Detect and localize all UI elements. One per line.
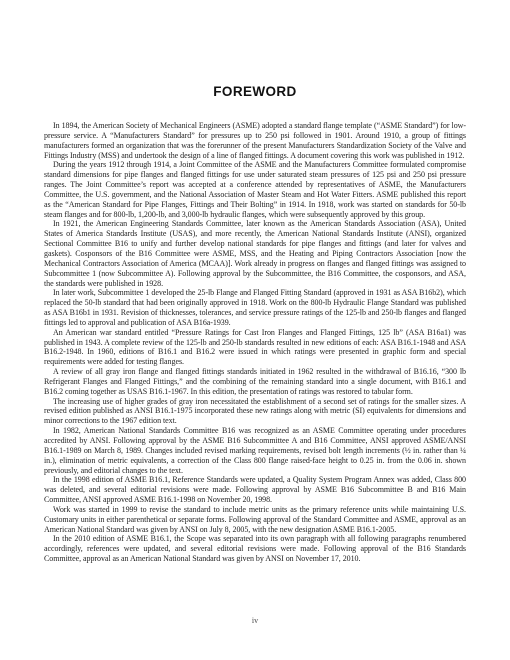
foreword-paragraph: In 1982, American National Standards Com… bbox=[44, 426, 466, 475]
page-number: iv bbox=[0, 616, 510, 625]
foreword-body: In 1894, the American Society of Mechani… bbox=[44, 121, 466, 564]
foreword-paragraph: In 1894, the American Society of Mechani… bbox=[44, 121, 466, 160]
foreword-paragraph: The increasing use of higher grades of g… bbox=[44, 397, 466, 427]
foreword-paragraph: In 1921, the American Engineering Standa… bbox=[44, 219, 466, 288]
foreword-paragraph: In later work, Subcommittee 1 developed … bbox=[44, 288, 466, 327]
page-title: FOREWORD bbox=[0, 84, 510, 99]
document-page: FOREWORD In 1894, the American Society o… bbox=[0, 0, 510, 660]
foreword-paragraph: In the 2010 edition of ASME B16.1, the S… bbox=[44, 534, 466, 564]
foreword-paragraph: Work was started in 1999 to revise the s… bbox=[44, 505, 466, 535]
foreword-paragraph: A review of all gray iron flange and fla… bbox=[44, 367, 466, 397]
foreword-paragraph: An American war standard entitled “Press… bbox=[44, 328, 466, 367]
foreword-paragraph: In the 1998 edition of ASME B16.1, Refer… bbox=[44, 475, 466, 505]
foreword-paragraph: During the years 1912 through 1914, a Jo… bbox=[44, 160, 466, 219]
